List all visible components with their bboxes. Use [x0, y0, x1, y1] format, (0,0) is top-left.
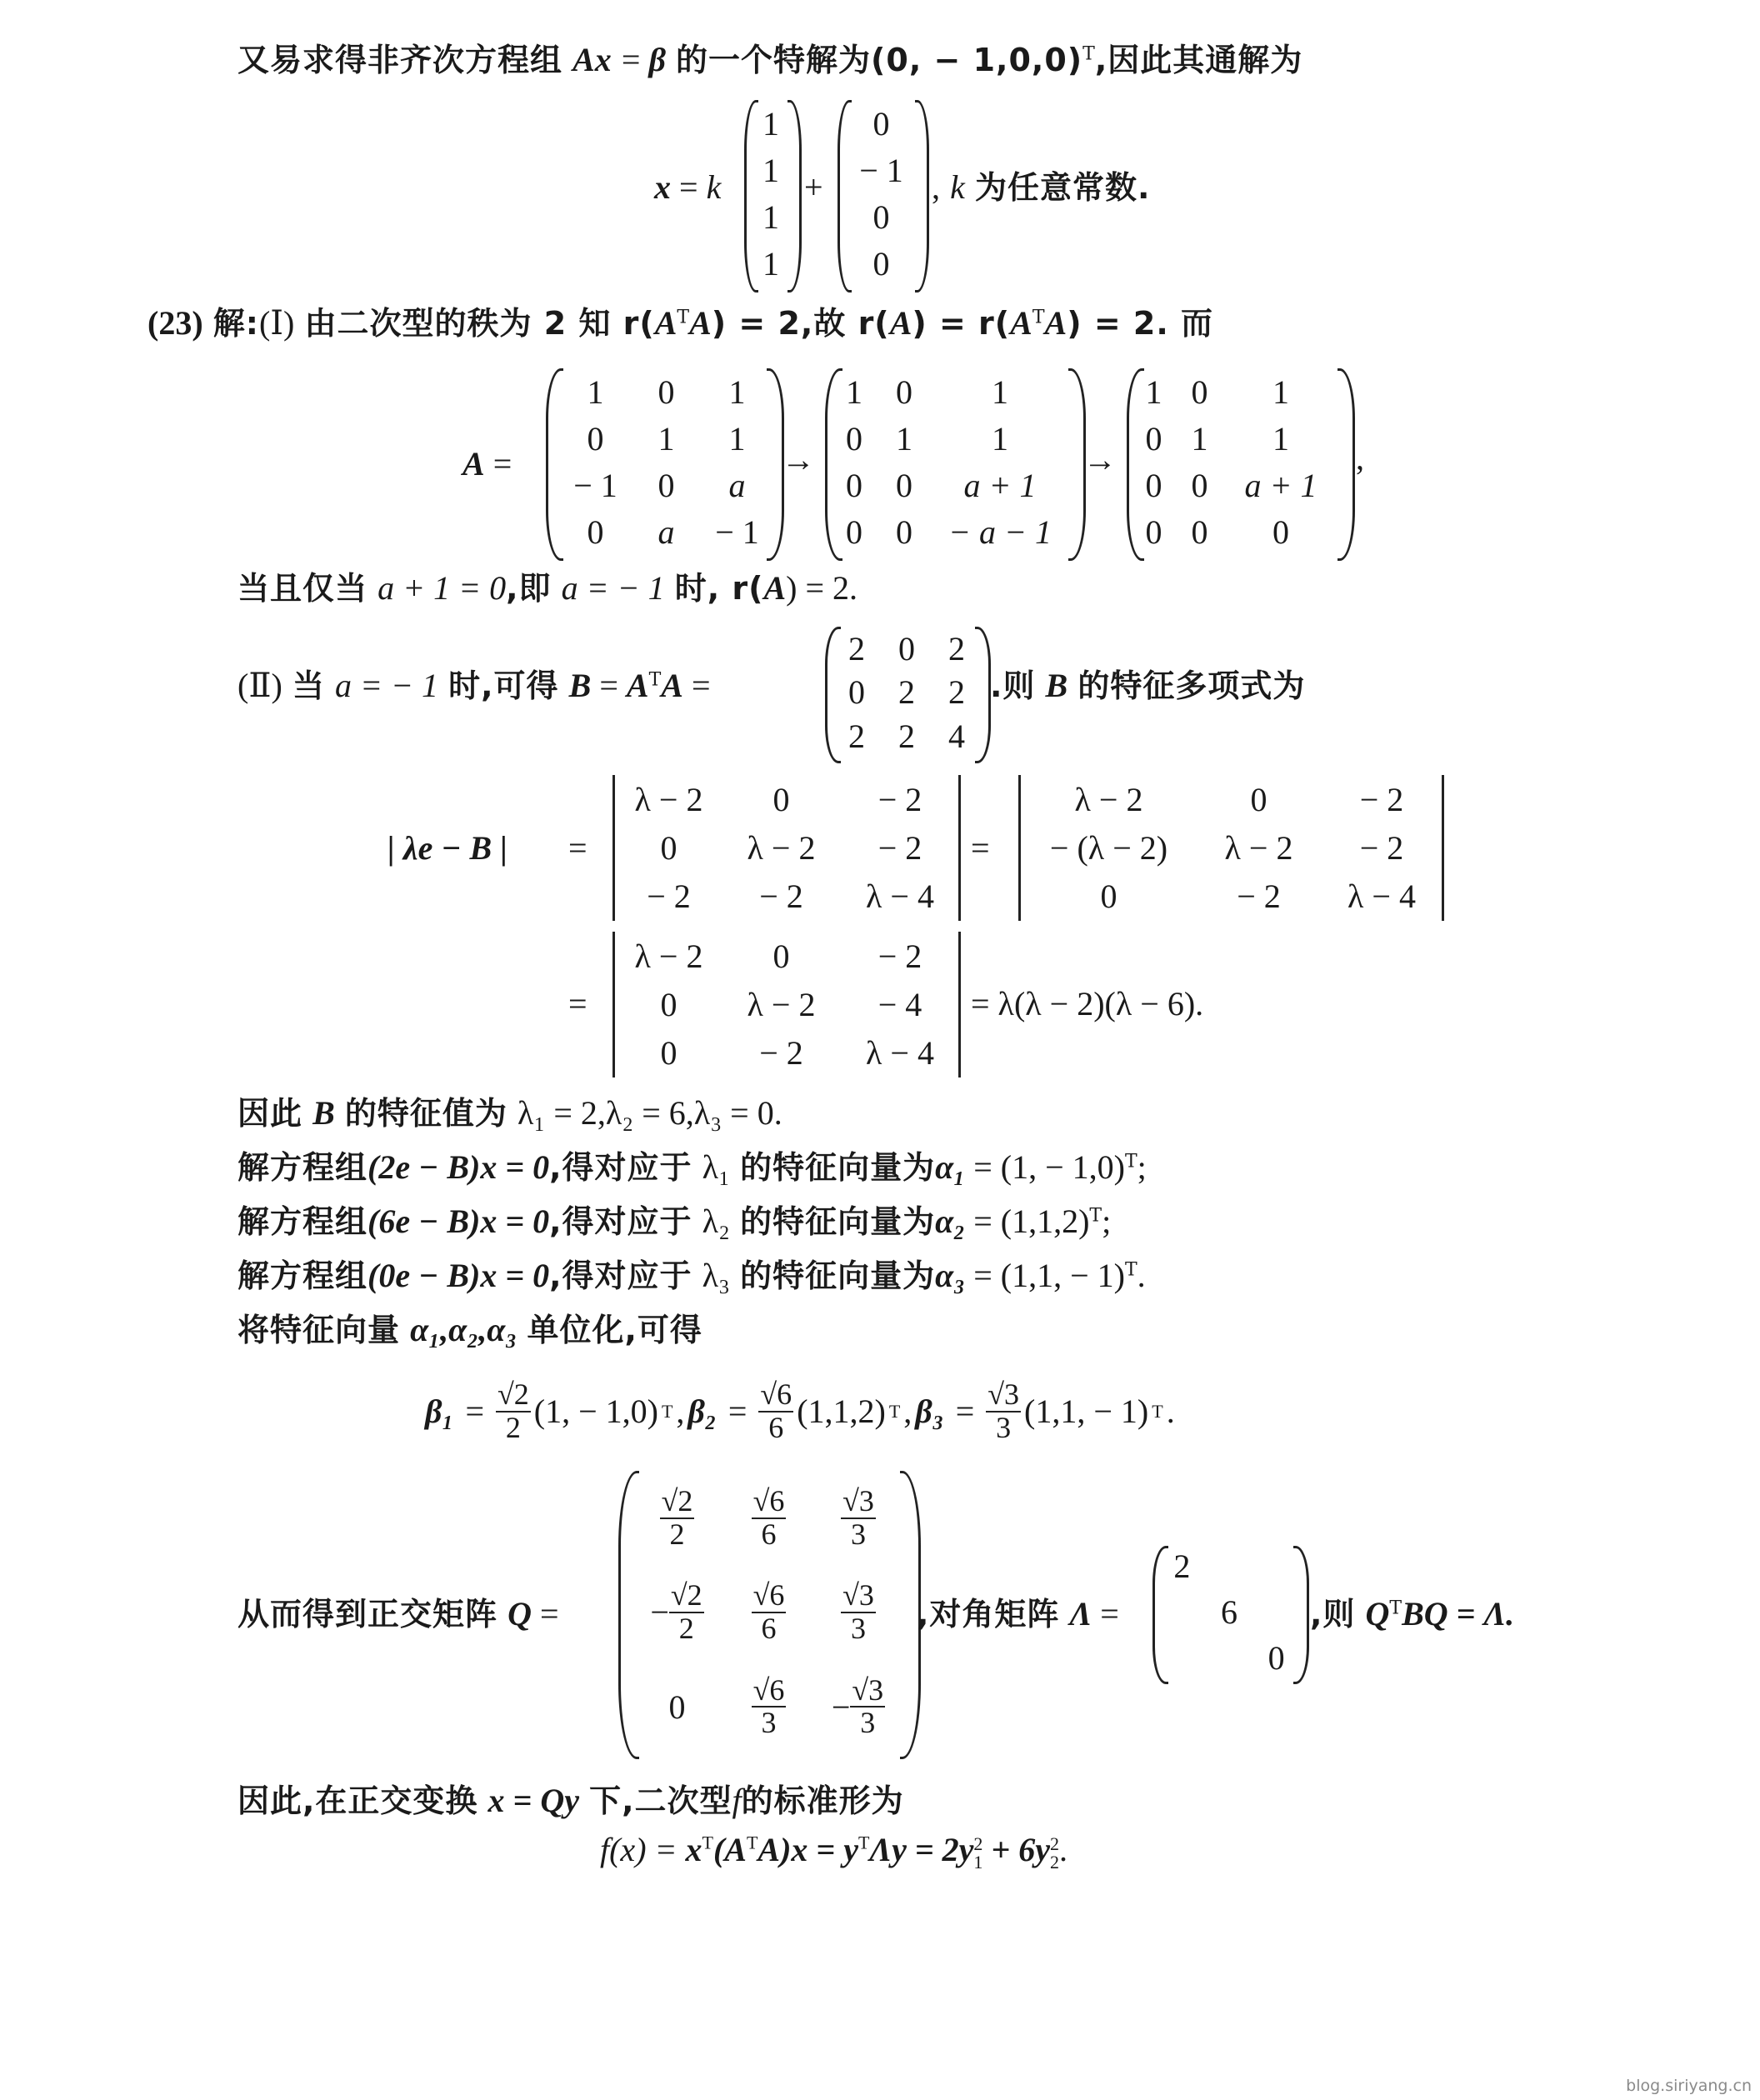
- cell: 2: [832, 627, 882, 671]
- vector-2: 0 − 1 0 0: [846, 100, 917, 287]
- cell: λ − 2: [721, 980, 842, 1028]
- text: 的特征向量为: [740, 1257, 935, 1294]
- cell: 0: [631, 462, 702, 509]
- formula: + 6y: [982, 1831, 1050, 1868]
- text: 当且仅当: [237, 570, 367, 607]
- cell: 0: [1131, 415, 1177, 462]
- cell: 1: [1131, 368, 1177, 415]
- cell: − 2: [842, 775, 958, 823]
- transpose-sup: T: [702, 1832, 713, 1853]
- part-label: (Ⅱ): [237, 667, 282, 704]
- var-Q: Q: [1366, 1595, 1390, 1632]
- equals: =: [485, 445, 512, 482]
- char-poly-intro: .则 B 的特征多项式为: [990, 669, 1305, 702]
- lambda: λ₃: [702, 1257, 730, 1294]
- math: a = − 1: [335, 667, 438, 704]
- det-bar: [1442, 775, 1444, 921]
- sign: −: [650, 1592, 669, 1632]
- determinant-3: λ − 20− 2 0λ − 2− 4 0− 2λ − 4: [617, 932, 958, 1077]
- det-bar: [612, 932, 615, 1077]
- var-f: f: [732, 1782, 742, 1819]
- rank-condition-line: 当且仅当 a + 1 = 0,即 a = − 1 时, r(A) = 2.: [237, 572, 857, 605]
- cell: 0: [846, 194, 917, 241]
- cell: 1: [754, 100, 787, 147]
- det-expression: | λe − B |: [387, 829, 507, 867]
- cell: 0: [1194, 775, 1323, 823]
- text: ,因此其通解为: [1095, 42, 1302, 78]
- equals: =: [591, 667, 627, 704]
- cell: 1: [829, 368, 879, 415]
- cell: − 2: [842, 932, 958, 980]
- cell: 0: [1222, 509, 1339, 556]
- cell: 1: [560, 368, 631, 415]
- cell: 4: [932, 714, 982, 758]
- cell: √63: [725, 1660, 812, 1754]
- cell: 1: [754, 147, 787, 193]
- cell: a + 1: [929, 462, 1071, 509]
- cell: 1: [1177, 415, 1222, 462]
- numerator: √3: [850, 1675, 885, 1708]
- punct: .: [1059, 1831, 1067, 1868]
- text: 的一个特解为(0, − 1,0,0): [676, 42, 1082, 78]
- coef-k: k: [707, 168, 722, 206]
- text: 由二次型的秩为 2 知 r(: [304, 305, 654, 342]
- var-Lambda: Λ: [1070, 1595, 1092, 1632]
- determinant-2: λ − 20− 2 − (λ − 2)λ − 2− 2 0− 2λ − 4: [1023, 775, 1440, 921]
- numerator: √6: [758, 1379, 793, 1412]
- fraction: √33: [986, 1379, 1021, 1444]
- equals: =: [457, 1395, 492, 1428]
- cell: 0: [629, 1660, 725, 1754]
- cell: [1206, 1635, 1253, 1681]
- determinant-1: λ − 20− 2 0λ − 2− 2 − 2− 2λ − 4: [617, 775, 958, 921]
- cell: a + 1: [1222, 462, 1339, 509]
- eigenvalues-line: 因此 B 的特征值为 λ₁ = 2,λ₂ = 6,λ₃ = 0.: [237, 1097, 782, 1130]
- cell: 1: [1222, 368, 1339, 415]
- sign: −: [832, 1687, 851, 1727]
- cell: 0: [882, 627, 932, 671]
- matrix-B: 202 022 224: [832, 627, 982, 758]
- punct: ,: [903, 1395, 912, 1428]
- numerator: √2: [669, 1580, 704, 1613]
- det-lhs: | λe − B |: [387, 832, 507, 865]
- denominator: 2: [506, 1412, 521, 1444]
- det-bar: [958, 932, 961, 1077]
- cell: √66: [725, 1471, 812, 1565]
- fraction: √22: [496, 1379, 531, 1444]
- cell: 2: [882, 714, 932, 758]
- var-Q: Q: [507, 1595, 532, 1632]
- equals: =: [1092, 1595, 1119, 1632]
- cell: 1: [929, 368, 1071, 415]
- cell: λ − 4: [842, 1029, 958, 1077]
- cell: − 2: [842, 823, 958, 872]
- eigenvector-line-1: 解方程组(2e − B)x = 0,得对应于 λ₁ 的特征向量为α₁ = (1,…: [237, 1151, 1147, 1184]
- cell: 2: [932, 671, 982, 715]
- cell: 0: [829, 462, 879, 509]
- text: 因此,在正交变换: [237, 1782, 477, 1819]
- right-paren: [1337, 368, 1355, 561]
- vector: (1,1, − 1): [1024, 1395, 1148, 1428]
- cell: 2: [932, 627, 982, 671]
- cell: − 1: [702, 509, 772, 556]
- formula: f(x) =: [600, 1831, 686, 1868]
- part-label: (Ⅰ): [259, 304, 294, 342]
- det-bar: [612, 775, 615, 921]
- numerator: √2: [496, 1379, 531, 1412]
- var-x: x: [686, 1831, 702, 1868]
- cell: [1206, 1543, 1253, 1589]
- var-A: A: [462, 445, 485, 482]
- text: ,则: [1310, 1596, 1355, 1632]
- cell: 0: [721, 775, 842, 823]
- arrow-icon: →: [782, 443, 815, 477]
- solve-label: 解:: [213, 305, 259, 342]
- problem-23-heading: (23) 解:(Ⅰ) 由二次型的秩为 2 知 r(ATA) = 2,故 r(A)…: [147, 307, 1213, 340]
- transpose-sup: T: [649, 669, 662, 690]
- text: 的特征向量为: [740, 1203, 935, 1240]
- denominator: 3: [860, 1707, 875, 1739]
- text: ) = 2. 而: [1067, 305, 1213, 342]
- var-A: A: [655, 304, 677, 342]
- problem-number: (23): [147, 304, 203, 342]
- exponent: 2: [1050, 1835, 1059, 1853]
- denominator: 3: [996, 1412, 1011, 1444]
- particular-solution-line: 又易求得非齐次方程组 Ax = β 的一个特解为(0, − 1,0,0)T,因此…: [237, 43, 1302, 77]
- arrow-icon: →: [1083, 443, 1117, 477]
- cell: 2: [832, 714, 882, 758]
- text: 又易求得非齐次方程组: [237, 42, 562, 78]
- equals: =: [568, 832, 587, 865]
- formula: (A: [713, 1831, 747, 1868]
- text: ,得对应于: [549, 1149, 692, 1186]
- beta-2: β₂: [687, 1395, 716, 1428]
- equation: (2e − B)x = 0: [367, 1148, 549, 1186]
- alpha: α₁: [935, 1148, 965, 1186]
- orthogonal-intro: 从而得到正交矩阵 Q =: [237, 1597, 559, 1631]
- cell: λ − 2: [1194, 823, 1323, 872]
- punct: .: [1137, 1257, 1146, 1294]
- var-A: A: [689, 304, 712, 342]
- similarity-result: ,则 QTBQ = Λ.: [1310, 1597, 1514, 1631]
- formula: Λy = 2y: [869, 1831, 973, 1868]
- subscript: 1: [973, 1853, 982, 1872]
- cell: λ − 2: [617, 932, 721, 980]
- cell: 0: [879, 368, 929, 415]
- cell: 0: [1177, 368, 1222, 415]
- cell: − 1: [560, 462, 631, 509]
- var-y: y: [843, 1831, 858, 1868]
- subscript: 2: [1050, 1853, 1059, 1872]
- punct: .: [1167, 1395, 1175, 1428]
- cell: 2: [882, 671, 932, 715]
- cell: √22: [629, 1471, 725, 1565]
- numerator: √6: [752, 1486, 787, 1519]
- eigenvector-line-3: 解方程组(0e − B)x = 0,得对应于 λ₃ 的特征向量为α₃ = (1,…: [237, 1259, 1146, 1292]
- equals: =: [971, 832, 990, 865]
- var-B: B: [312, 1094, 335, 1132]
- cell: λ − 2: [617, 775, 721, 823]
- alpha: α₂: [935, 1202, 965, 1240]
- numerator: √3: [841, 1580, 876, 1613]
- equals: =: [532, 1595, 559, 1632]
- comma: ,: [1356, 442, 1364, 475]
- cell: √66: [725, 1565, 812, 1659]
- math: x = Qy: [488, 1782, 579, 1819]
- cell: [1158, 1635, 1206, 1681]
- general-solution-tail: , k 为任意常数.: [932, 171, 1150, 204]
- det-bar: [958, 775, 961, 921]
- cell: 0: [1131, 462, 1177, 509]
- right-paren: [915, 100, 929, 292]
- text: 的特征向量为: [740, 1149, 935, 1186]
- equals: =: [622, 41, 649, 78]
- cell: 0: [846, 241, 917, 287]
- punct: ;: [1102, 1202, 1111, 1240]
- text: 的标准形为: [742, 1782, 904, 1819]
- punct: ,: [676, 1395, 684, 1428]
- diagonal-intro: ,对角矩阵 Λ =: [917, 1597, 1119, 1631]
- eigenvalue-values: λ₁ = 2,λ₂ = 6,λ₃ = 0.: [517, 1094, 782, 1132]
- plus: +: [804, 171, 823, 204]
- text: 的特征值为: [345, 1095, 507, 1132]
- denominator: 6: [768, 1412, 783, 1444]
- numerator: √2: [660, 1486, 695, 1519]
- matrix-Lambda: 2 6 0: [1158, 1543, 1300, 1681]
- cell: λ − 4: [842, 872, 958, 921]
- transpose-sup: T: [747, 1832, 757, 1853]
- var-A: A: [763, 569, 786, 607]
- vector: (1,1,2): [797, 1395, 886, 1428]
- equals: =: [947, 1395, 983, 1428]
- transpose-sup: T: [1089, 1205, 1102, 1226]
- matrix-Q: √22 √66 √33 −√22 √66 √33 0 √63 −√33: [629, 1471, 904, 1754]
- text: ,得对应于: [549, 1203, 692, 1240]
- cell: 0: [879, 462, 929, 509]
- cell: a: [702, 462, 772, 509]
- beta-3: β₃: [915, 1395, 943, 1428]
- punct: ;: [1137, 1148, 1147, 1186]
- cell: 0: [721, 932, 842, 980]
- cell: 0: [832, 671, 882, 715]
- comma: ,: [932, 168, 940, 206]
- text: 解方程组: [237, 1149, 367, 1186]
- vector: = (1, − 1,0): [965, 1148, 1125, 1186]
- equation: (0e − B)x = 0: [367, 1257, 549, 1294]
- alphas: α₁,α₂,α₃: [410, 1311, 517, 1348]
- cell: −√22: [629, 1565, 725, 1659]
- cell: 0: [631, 368, 702, 415]
- text: 因此: [237, 1095, 302, 1132]
- text: ,对角矩阵: [917, 1596, 1059, 1632]
- transpose-sup: T: [1125, 1151, 1137, 1172]
- numerator: √3: [841, 1486, 876, 1519]
- transpose-sup: T: [1082, 43, 1095, 64]
- cell: 2: [1158, 1543, 1206, 1589]
- cell: 1: [702, 368, 772, 415]
- det-result: = λ(λ − 2)(λ − 6).: [971, 987, 1203, 1021]
- cell: 0: [829, 415, 879, 462]
- text: 下,二次型: [589, 1782, 732, 1819]
- result: BQ = Λ.: [1402, 1595, 1514, 1632]
- right-paren: [975, 627, 991, 763]
- var-B: B: [569, 667, 592, 704]
- cell: 1: [702, 415, 772, 462]
- cell: − 4: [842, 980, 958, 1028]
- matrix-A: 101 011 − 10a 0a− 1: [560, 368, 772, 556]
- var-A: A: [890, 304, 912, 342]
- var-A: A: [661, 667, 683, 704]
- text: 时, r(: [675, 570, 764, 607]
- right-paren: [787, 100, 802, 292]
- text: ,得对应于: [549, 1257, 692, 1294]
- text: ,即: [506, 570, 551, 607]
- var-B: B: [1046, 667, 1068, 704]
- general-solution-lhs: x = k: [654, 171, 721, 204]
- matrix-A-step1: 101 011 00a + 1 00− a − 1: [829, 368, 1071, 556]
- conclusion-line: 因此,在正交变换 x = Qy 下,二次型f的标准形为: [237, 1784, 904, 1817]
- denominator: 3: [851, 1519, 866, 1551]
- cell: 0: [560, 415, 631, 462]
- cell: 1: [631, 415, 702, 462]
- transpose-sup: T: [1032, 307, 1045, 327]
- cell: [1158, 1589, 1206, 1635]
- var-x: x: [654, 168, 671, 206]
- text: ) = 2.: [786, 569, 857, 607]
- vector: = (1,1, − 1): [965, 1257, 1125, 1294]
- equals: =: [671, 168, 707, 206]
- denominator: 6: [761, 1613, 776, 1645]
- cell: 0: [617, 1029, 721, 1077]
- watermark: blog.siriyang.cn: [1626, 2077, 1752, 2095]
- transpose-sup: T: [677, 307, 689, 327]
- text: 的特征多项式为: [1077, 667, 1305, 704]
- numerator: √6: [752, 1580, 787, 1613]
- cell: − 2: [1323, 823, 1440, 872]
- cell: − 2: [721, 872, 842, 921]
- cell: 1: [929, 415, 1071, 462]
- denominator: 3: [761, 1707, 776, 1739]
- transpose-sup: T: [858, 1832, 869, 1853]
- equals: =: [568, 987, 587, 1021]
- fraction: √66: [758, 1379, 793, 1444]
- standard-form: f(x) = xT(ATA)x = yTΛy = 2y21 + 6y22.: [600, 1833, 1067, 1872]
- math-Ax: Ax: [572, 41, 612, 78]
- cell: −√33: [812, 1660, 904, 1754]
- denominator: 2: [679, 1613, 694, 1645]
- cell: − 1: [846, 147, 917, 193]
- cell: λ − 4: [1323, 872, 1440, 921]
- formula: A)x =: [757, 1831, 843, 1868]
- cell: 0: [1131, 509, 1177, 556]
- numerator: √3: [986, 1379, 1021, 1412]
- math-beta: β: [648, 41, 666, 78]
- text: 为任意常数.: [975, 169, 1150, 206]
- equals: =: [720, 1395, 756, 1428]
- text: ) = 2,故 r(: [712, 305, 890, 342]
- text: 从而得到正交矩阵: [237, 1596, 497, 1632]
- cell: √33: [812, 1565, 904, 1659]
- text: 将特征向量: [237, 1312, 400, 1348]
- alpha: α₃: [935, 1257, 965, 1294]
- var-A: A: [1045, 304, 1067, 342]
- cell: 0: [1023, 872, 1194, 921]
- cell: a: [631, 509, 702, 556]
- var-k: k: [950, 168, 965, 206]
- cell: − 2: [1323, 775, 1440, 823]
- text: 时,可得: [448, 667, 558, 704]
- cell: λ − 2: [721, 823, 842, 872]
- part-2-line: (Ⅱ) 当 a = − 1 时,可得 B = ATA =: [237, 669, 711, 702]
- lambda: λ₂: [702, 1202, 730, 1240]
- cell: 0: [617, 980, 721, 1028]
- text: .则: [990, 667, 1035, 704]
- equation: (6e − B)x = 0: [367, 1202, 549, 1240]
- math: a + 1 = 0: [377, 569, 506, 607]
- eigenvector-line-2: 解方程组(6e − B)x = 0,得对应于 λ₂ 的特征向量为α₂ = (1,…: [237, 1205, 1111, 1238]
- normalize-line: 将特征向量 α₁,α₂,α₃ 单位化,可得: [237, 1313, 702, 1347]
- denominator: 6: [761, 1519, 776, 1551]
- cell: √33: [812, 1471, 904, 1565]
- cell: 1: [754, 194, 787, 241]
- numerator: √6: [752, 1675, 787, 1708]
- matrix-A-step2: 101 011 00a + 1 000: [1131, 368, 1339, 556]
- vector: = (1,1,2): [965, 1202, 1089, 1240]
- equals: =: [683, 667, 711, 704]
- transpose-sup: T: [1389, 1597, 1402, 1618]
- cell: 0: [829, 509, 879, 556]
- cell: − a − 1: [929, 509, 1071, 556]
- vector: (1, − 1,0): [534, 1395, 658, 1428]
- text: 解方程组: [237, 1203, 367, 1240]
- denominator: 2: [669, 1519, 684, 1551]
- beta-1: β₁: [425, 1395, 453, 1428]
- text: 解方程组: [237, 1257, 367, 1294]
- cell: 0: [1177, 509, 1222, 556]
- cell: − 2: [617, 872, 721, 921]
- transpose-sup: T: [1125, 1259, 1137, 1280]
- det-bar: [1018, 775, 1021, 921]
- math: a = − 1: [562, 569, 665, 607]
- cell: 1: [754, 241, 787, 287]
- beta-line: β₁ = √22 (1, − 1,0)T, β₂ = √66 (1,1,2)T,…: [425, 1379, 1175, 1444]
- text: 单位化,可得: [527, 1312, 702, 1348]
- cell: 0: [560, 509, 631, 556]
- text: ) = r(: [912, 305, 1010, 342]
- cell: − (λ − 2): [1023, 823, 1194, 872]
- cell: 0: [879, 509, 929, 556]
- cell: 1: [879, 415, 929, 462]
- cell: 0: [617, 823, 721, 872]
- matrix-A-label: A =: [462, 447, 512, 481]
- cell: − 2: [721, 1029, 842, 1077]
- exponent: 2: [973, 1835, 982, 1853]
- cell: 0: [846, 100, 917, 147]
- text: 当: [292, 667, 325, 704]
- var-A: A: [1010, 304, 1032, 342]
- cell: λ − 2: [1023, 775, 1194, 823]
- cell: − 2: [1194, 872, 1323, 921]
- denominator: 3: [851, 1613, 866, 1645]
- cell: 6: [1206, 1589, 1253, 1635]
- lambda: λ₁: [702, 1148, 730, 1186]
- cell: 0: [1177, 462, 1222, 509]
- var-A: A: [627, 667, 649, 704]
- cell: 1: [1222, 415, 1339, 462]
- right-paren: [1293, 1546, 1309, 1684]
- vector-1: 1 1 1 1: [754, 100, 787, 287]
